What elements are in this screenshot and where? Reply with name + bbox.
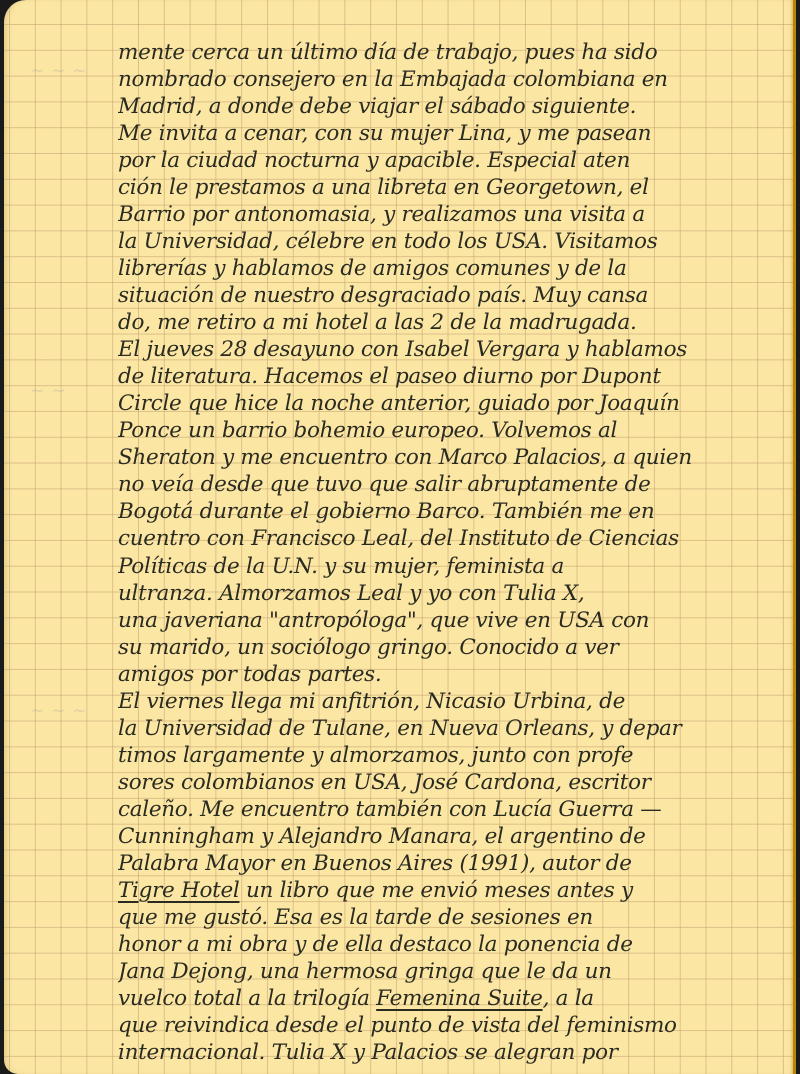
- text-line: situación de nuestro desgraciado país. M…: [118, 283, 780, 309]
- text-line: internacional. Tulia X y Palacios se ale…: [118, 1040, 780, 1066]
- handwritten-text: mente cerca un último día de trabajo, pu…: [0, 0, 800, 1074]
- text-line: de literatura. Hacemos el paseo diurno p…: [118, 364, 780, 390]
- text-line: Jana Dejong, una hermosa gringa que le d…: [118, 959, 780, 985]
- text-line: Ponce un barrio bohemio europeo. Volvemo…: [118, 418, 780, 444]
- text-line: ultranza. Almorzamos Leal y yo con Tulia…: [118, 581, 780, 607]
- text-line: sores colombianos en USA, José Cardona, …: [118, 770, 780, 796]
- underlined-title: Tigre Hotel: [118, 878, 239, 903]
- text-line: Madrid, a donde debe viajar el sábado si…: [118, 94, 780, 120]
- text-line: la Universidad de Tulane, en Nueva Orlea…: [118, 716, 780, 742]
- text-line: vuelco total a la trilogía Femenina Suit…: [118, 986, 780, 1012]
- text-line: que me gustó. Esa es la tarde de sesione…: [118, 905, 780, 931]
- text-line: Políticas de la U.N. y su mujer, feminis…: [118, 554, 780, 580]
- text-line: do, me retiro a mi hotel a las 2 de la m…: [118, 310, 780, 336]
- text-line: Barrio por antonomasia, y realizamos una…: [118, 202, 780, 228]
- text-line: nombrado consejero en la Embajada colomb…: [118, 67, 780, 93]
- text-line: cuentro con Francisco Leal, del Institut…: [118, 526, 780, 552]
- text-line: amigos por todas partes.: [118, 662, 780, 688]
- text-line: por la ciudad nocturna y apacible. Espec…: [118, 148, 780, 174]
- text-line: timos largamente y almorzamos, junto con…: [118, 743, 780, 769]
- underlined-title: Femenina Suite: [376, 986, 542, 1011]
- text-line: honor a mi obra y de ella destaco la pon…: [118, 932, 780, 958]
- text-line: una javeriana "antropóloga", que vive en…: [118, 608, 780, 634]
- text-line: El jueves 28 desayuno con Isabel Vergara…: [118, 337, 780, 363]
- text-line: su marido, un sociólogo gringo. Conocido…: [118, 635, 780, 661]
- text-line: Bogotá durante el gobierno Barco. Tambié…: [118, 499, 780, 525]
- text-line: Tigre Hotel un libro que me envió meses …: [118, 878, 780, 904]
- text-line: ción le prestamos a una libreta en Georg…: [118, 175, 780, 201]
- text-line: Cunningham y Alejandro Manara, el argent…: [118, 824, 780, 850]
- text-line: que reivindica desde el punto de vista d…: [118, 1013, 780, 1039]
- text-line: Palabra Mayor en Buenos Aires (1991), au…: [118, 851, 780, 877]
- text-line: El viernes llega mi anfitrión, Nicasio U…: [118, 689, 780, 715]
- text-line: librerías y hablamos de amigos comunes y…: [118, 256, 780, 282]
- text-line: Sheraton y me encuentro con Marco Palaci…: [118, 445, 780, 471]
- text-line: caleño. Me encuentro también con Lucía G…: [118, 797, 780, 823]
- text-line: no veía desde que tuvo que salir abrupta…: [118, 472, 780, 498]
- text-line: mente cerca un último día de trabajo, pu…: [118, 40, 780, 66]
- text-line: la Universidad, célebre en todo los USA.…: [118, 229, 780, 255]
- text-line: Me invita a cenar, con su mujer Lina, y …: [118, 121, 780, 147]
- text-line: Circle que hice la noche anterior, guiad…: [118, 391, 780, 417]
